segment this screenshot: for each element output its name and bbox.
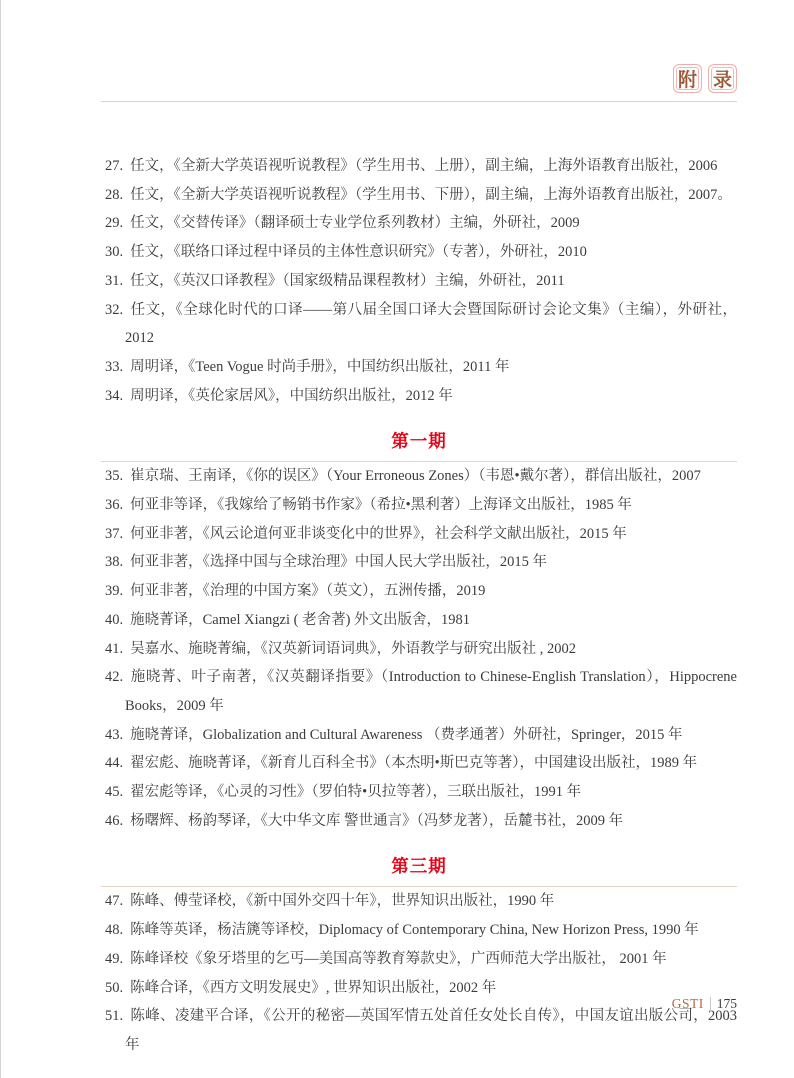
footer-page-number: 175 — [717, 996, 737, 1012]
item-text: 翟宏彪、施晓菁译，《新育儿百科全书》（本杰明•斯巴克等著），中国建设出版社，19… — [130, 755, 697, 771]
list-item: 51.陈峰、凌建平合译，《公开的秘密—英国军情五处首任女处长自传》，中国友谊出版… — [101, 1002, 737, 1059]
footer-divider — [710, 997, 711, 1011]
item-number: 36. — [105, 497, 123, 513]
list-item: 36.何亚非等译，《我嫁给了畅销书作家》（希拉•黑利著）上海译文出版社，1985… — [101, 491, 737, 520]
list-item: 41.吴嘉水、施晓菁编，《汉英新词语词典》，外语教学与研究出版社 , 2002 — [101, 635, 737, 664]
item-text: 崔京瑞、王南译，《你的误区》（Your Erroneous Zones）（韦恩•… — [130, 468, 701, 484]
item-number: 41. — [105, 641, 123, 657]
list-item: 44.翟宏彪、施晓菁译，《新育儿百科全书》（本杰明•斯巴克等著），中国建设出版社… — [101, 749, 737, 778]
item-text: 杨曙辉、杨韵琴译，《大中华文库 警世通言》（冯梦龙著），岳麓书社，2009 年 — [130, 813, 623, 829]
item-text: 任文，《全球化时代的口译——第八届全国口译大会暨国际研讨会论文集》（主编），外研… — [125, 302, 737, 347]
item-number: 35. — [105, 468, 123, 484]
publication-list: 27.任文，《全新大学英语视听说教程》（学生用书、上册），副主编，上海外语教育出… — [101, 102, 737, 1060]
item-number: 45. — [105, 784, 123, 800]
item-number: 30. — [105, 244, 123, 260]
item-number: 51. — [105, 1008, 123, 1024]
item-number: 42. — [105, 669, 123, 685]
item-text: 任文，《全新大学英语视听说教程》（学生用书、下册），副主编，上海外语教育出版社，… — [130, 187, 732, 203]
item-number: 38. — [105, 554, 123, 570]
item-number: 48. — [105, 922, 123, 938]
item-text: 任文，《联络口译过程中译员的主体性意识研究》（专著），外研社，2010 — [130, 244, 587, 260]
item-number: 49. — [105, 951, 123, 967]
item-text: 施晓菁、叶子南著，《汉英翻译指要》（Introduction to Chines… — [125, 669, 737, 714]
item-text: 陈峰、凌建平合译，《公开的秘密—英国军情五处首任女处长自传》，中国友谊出版公司，… — [125, 1008, 737, 1053]
list-item: 30.任文，《联络口译过程中译员的主体性意识研究》（专著），外研社，2010 — [101, 238, 737, 267]
list-item: 48.陈峰等英译，杨洁篪等译校，Diplomacy of Contemporar… — [101, 916, 737, 945]
item-text: 何亚非著，《治理的中国方案》（英文），五洲传播，2019 — [130, 583, 485, 599]
item-text: 陈峰、傅莹译校，《新中国外交四十年》，世界知识出版社，1990 年 — [130, 893, 554, 909]
item-text: 陈峰合译，《西方文明发展史》, 世界知识出版社，2002 年 — [130, 980, 496, 996]
item-number: 43. — [105, 727, 123, 743]
item-text: 任文，《英汉口译教程》（国家级精品课程教材）主编，外研社，2011 — [130, 273, 564, 289]
list-item: 43.施晓菁译，Globalization and Cultural Aware… — [101, 721, 737, 750]
list-item: 27.任文，《全新大学英语视听说教程》（学生用书、上册），副主编，上海外语教育出… — [101, 152, 737, 181]
list-item: 47.陈峰、傅莹译校，《新中国外交四十年》，世界知识出版社，1990 年 — [101, 887, 737, 916]
section-header: 第三期 — [101, 853, 737, 887]
document-page: 附 录 27.任文，《全新大学英语视听说教程》（学生用书、上册），副主编，上海外… — [0, 0, 794, 1078]
section-title: 第三期 — [391, 856, 447, 876]
item-text: 何亚非等译，《我嫁给了畅销书作家》（希拉•黑利著）上海译文出版社，1985 年 — [130, 497, 632, 513]
list-item: 46.杨曙辉、杨韵琴译，《大中华文库 警世通言》（冯梦龙著），岳麓书社，2009… — [101, 807, 737, 836]
list-item: 38.何亚非著，《选择中国与全球治理》中国人民大学出版社，2015 年 — [101, 548, 737, 577]
list-item: 34.周明译，《英伦家居风》，中国纺织出版社，2012 年 — [101, 382, 737, 411]
item-text: 吴嘉水、施晓菁编，《汉英新词语词典》，外语教学与研究出版社 , 2002 — [130, 641, 576, 657]
item-text: 翟宏彪等译，《心灵的习性》（罗伯特•贝拉等著），三联出版社，1991 年 — [130, 784, 581, 800]
item-text: 周明译，《英伦家居风》，中国纺织出版社，2012 年 — [130, 388, 453, 404]
list-item: 40.施晓菁译，Camel Xiangzi ( 老舍著) 外文出版舍，1981 — [101, 606, 737, 635]
section-header: 第一期 — [101, 428, 737, 462]
list-item: 39.何亚非著，《治理的中国方案》（英文），五洲传播，2019 — [101, 577, 737, 606]
item-number: 28. — [105, 187, 123, 203]
item-text: 陈峰等英译，杨洁篪等译校，Diplomacy of Contemporary C… — [130, 922, 699, 938]
item-number: 46. — [105, 813, 123, 829]
item-number: 29. — [105, 215, 123, 231]
list-item: 32.任文，《全球化时代的口译——第八届全国口译大会暨国际研讨会论文集》（主编）… — [101, 296, 737, 353]
section-title: 第一期 — [391, 431, 447, 451]
item-text: 何亚非著，《选择中国与全球治理》中国人民大学出版社，2015 年 — [130, 554, 547, 570]
item-number: 34. — [105, 388, 123, 404]
item-text: 任文，《全新大学英语视听说教程》（学生用书、上册），副主编，上海外语教育出版社，… — [130, 158, 717, 174]
list-item: 50.陈峰合译，《西方文明发展史》, 世界知识出版社，2002 年 — [101, 974, 737, 1003]
item-text: 施晓菁译，Camel Xiangzi ( 老舍著) 外文出版舍，1981 — [130, 612, 470, 628]
list-item: 49.陈峰译校《象牙塔里的乞丐—美国高等教育筹款史》，广西师范大学出版社， 20… — [101, 945, 737, 974]
list-item: 29.任文，《交替传译》（翻译硕士专业学位系列教材）主编，外研社，2009 — [101, 209, 737, 238]
list-item: 35.崔京瑞、王南译，《你的误区》（Your Erroneous Zones）（… — [101, 462, 737, 491]
list-item: 31.任文，《英汉口译教程》（国家级精品课程教材）主编，外研社，2011 — [101, 267, 737, 296]
item-number: 32. — [105, 302, 123, 318]
list-item: 28.任文，《全新大学英语视听说教程》（学生用书、下册），副主编，上海外语教育出… — [101, 181, 737, 210]
list-item: 45.翟宏彪等译，《心灵的习性》（罗伯特•贝拉等著），三联出版社，1991 年 — [101, 778, 737, 807]
item-number: 31. — [105, 273, 123, 289]
list-item: 37.何亚非著，《风云论道何亚非谈变化中的世界》，社会科学文献出版社，2015 … — [101, 520, 737, 549]
item-number: 39. — [105, 583, 123, 599]
item-number: 33. — [105, 359, 123, 375]
item-number: 47. — [105, 893, 123, 909]
item-text: 任文，《交替传译》（翻译硕士专业学位系列教材）主编，外研社，2009 — [130, 215, 580, 231]
item-number: 40. — [105, 612, 123, 628]
item-text: 周明译，《Teen Vogue 时尚手册》，中国纺织出版社，2011 年 — [130, 359, 509, 375]
page-header: 附 录 — [101, 0, 737, 102]
footer-brand: GSTI — [672, 996, 704, 1012]
item-text: 何亚非著，《风云论道何亚非谈变化中的世界》，社会科学文献出版社，2015 年 — [130, 526, 627, 542]
item-text: 陈峰译校《象牙塔里的乞丐—美国高等教育筹款史》，广西师范大学出版社， 2001 … — [130, 951, 667, 967]
item-number: 50. — [105, 980, 123, 996]
item-number: 37. — [105, 526, 123, 542]
list-item: 33.周明译，《Teen Vogue 时尚手册》，中国纺织出版社，2011 年 — [101, 353, 737, 382]
page-footer: GSTI 175 — [672, 996, 737, 1012]
appendix-badge-char-2: 录 — [708, 64, 737, 93]
item-number: 27. — [105, 158, 123, 174]
list-item: 42.施晓菁、叶子南著，《汉英翻译指要》（Introduction to Chi… — [101, 663, 737, 720]
appendix-badge-char-1: 附 — [673, 64, 702, 93]
item-number: 44. — [105, 755, 123, 771]
item-text: 施晓菁译，Globalization and Cultural Awarenes… — [130, 727, 682, 743]
